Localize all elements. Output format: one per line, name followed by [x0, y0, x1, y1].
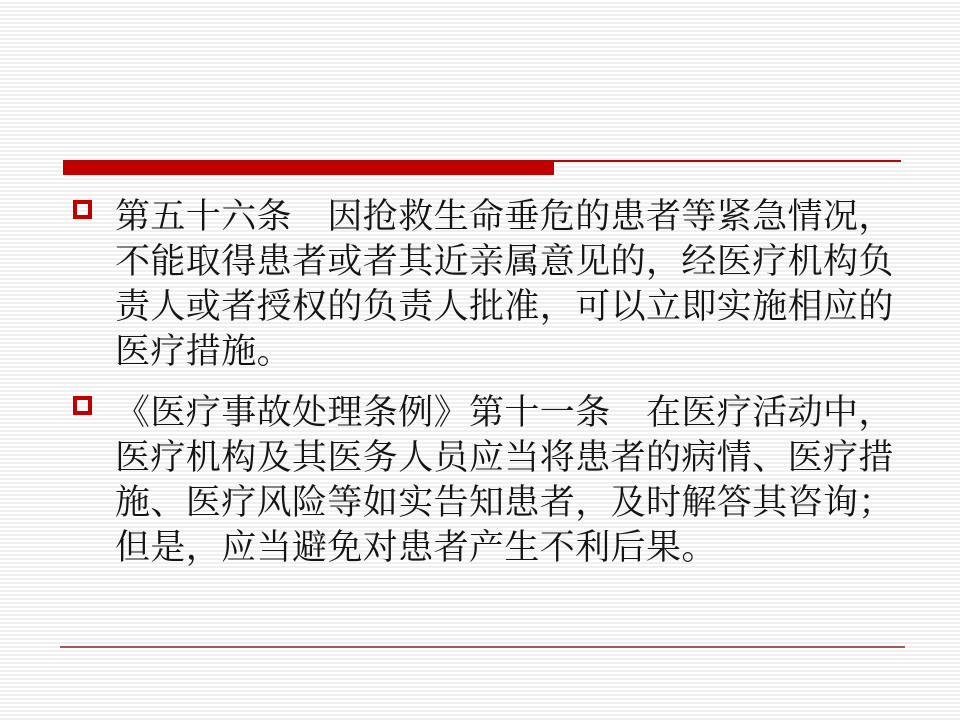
bullet-item-2: 《医疗事故处理条例》第十一条 在医疗活动中， 医疗机构及其医务人员应当将患者的病…	[73, 390, 913, 570]
text-line: 但是，应当避免对患者产生不利后果。	[115, 525, 913, 570]
text-line: 第五十六条 因抢救生命垂危的患者等紧急情况，	[115, 194, 913, 239]
text-line: 施、医疗风险等如实告知患者，及时解答其咨询；	[115, 480, 913, 525]
text-line: 医疗机构及其医务人员应当将患者的病情、医疗措	[115, 435, 913, 480]
bullet-item-1: 第五十六条 因抢救生命垂危的患者等紧急情况， 不能取得患者或者其近亲属意见的，经…	[73, 194, 913, 374]
bullet-text-1: 第五十六条 因抢救生命垂危的患者等紧急情况， 不能取得患者或者其近亲属意见的，经…	[115, 194, 913, 374]
slide-body-text: 第五十六条 因抢救生命垂危的患者等紧急情况， 不能取得患者或者其近亲属意见的，经…	[73, 194, 913, 586]
slide-canvas: 第五十六条 因抢救生命垂危的患者等紧急情况， 不能取得患者或者其近亲属意见的，经…	[0, 0, 960, 720]
text-line: 不能取得患者或者其近亲属意见的，经医疗机构负	[115, 239, 913, 284]
text-line: 责人或者授权的负责人批准，可以立即实施相应的	[115, 284, 913, 329]
text-line: 《医疗事故处理条例》第十一条 在医疗活动中，	[115, 390, 913, 435]
bullet-text-2: 《医疗事故处理条例》第十一条 在医疗活动中， 医疗机构及其医务人员应当将患者的病…	[115, 390, 913, 570]
bottom-rule-line	[60, 646, 905, 648]
bullet-square-icon	[73, 200, 92, 219]
top-rule-accent-bar	[63, 161, 554, 175]
bullet-square-icon	[73, 396, 92, 415]
text-line: 医疗措施。	[115, 329, 913, 374]
